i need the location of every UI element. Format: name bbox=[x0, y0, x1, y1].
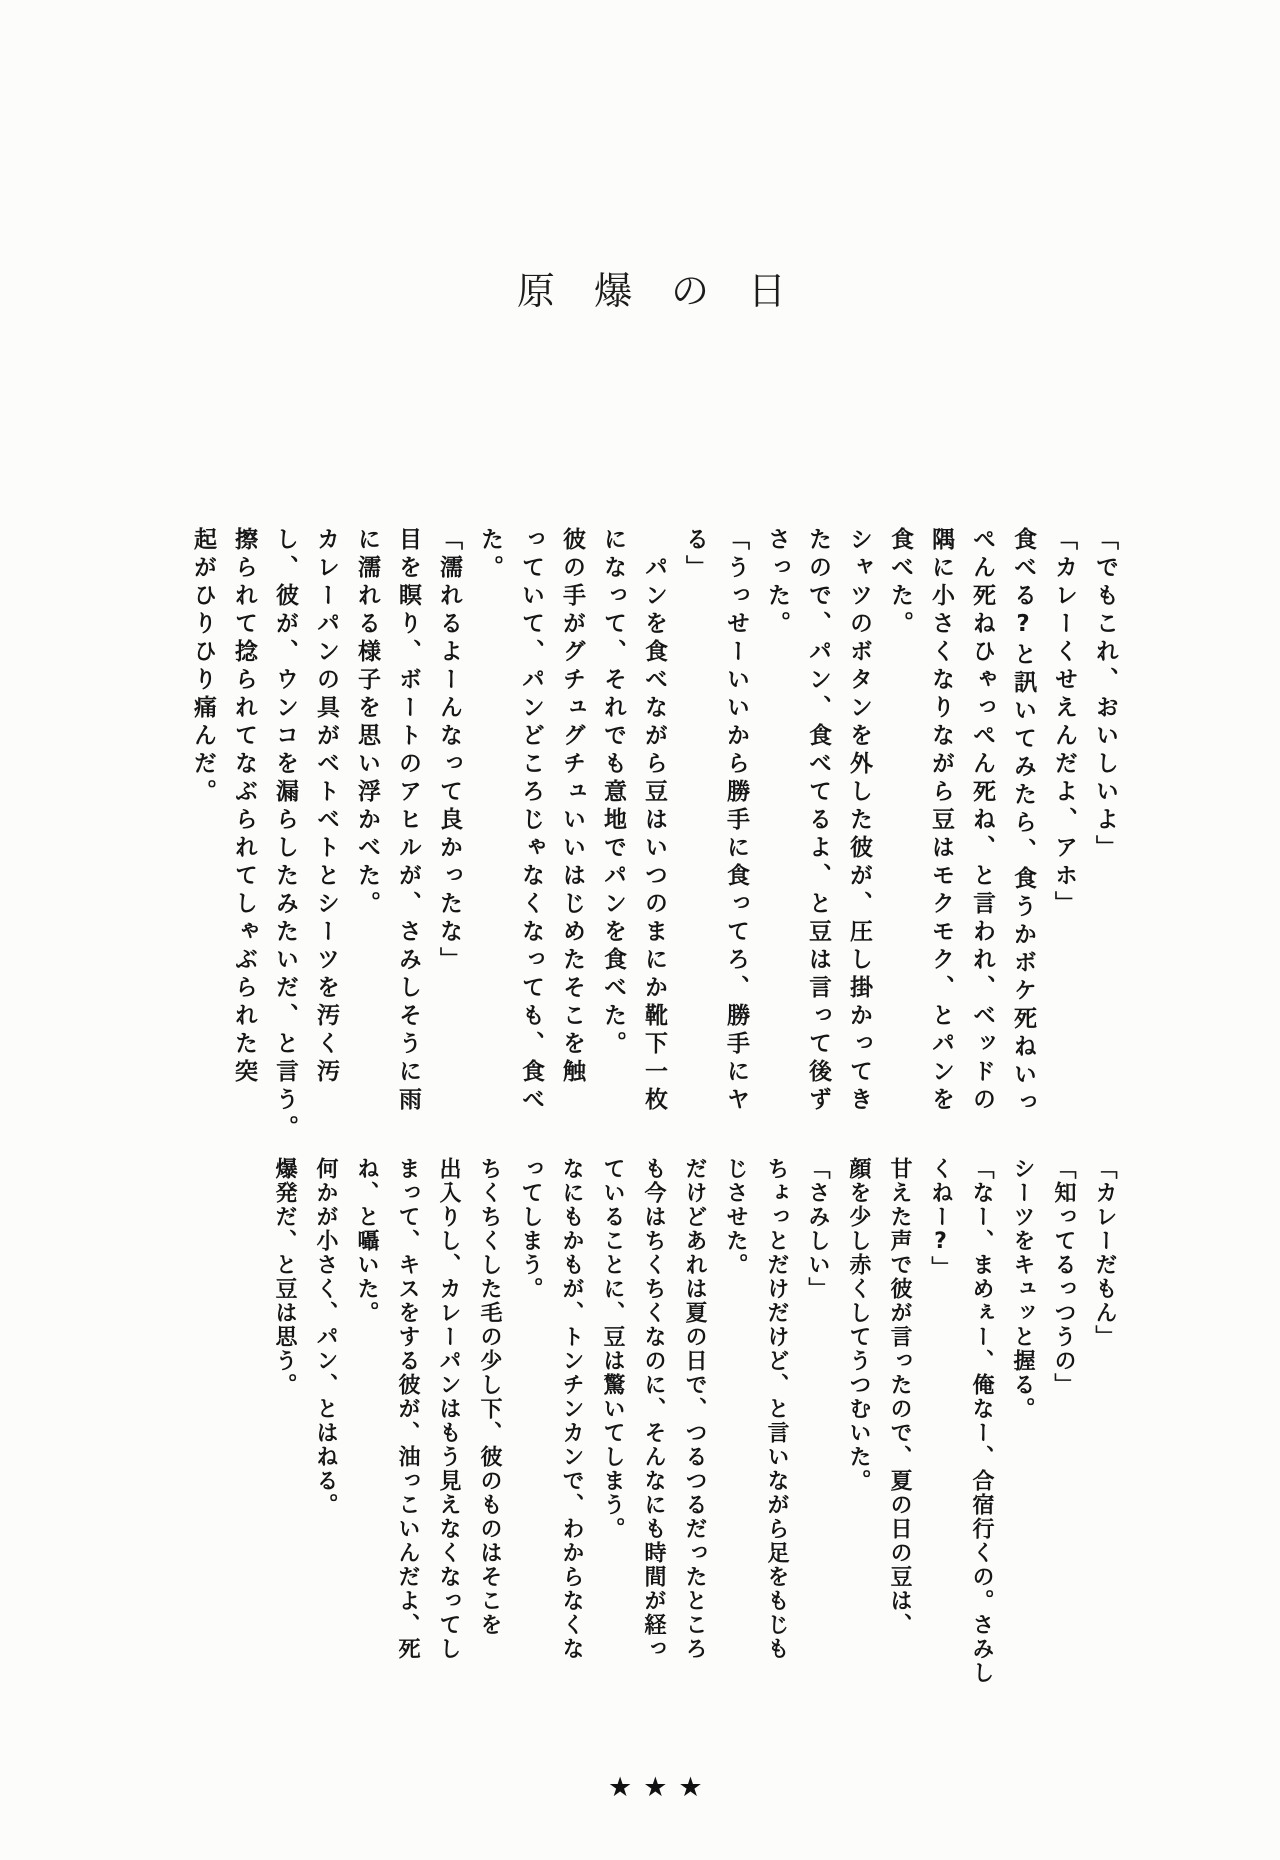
text-line: くねー?」 bbox=[920, 1157, 961, 1697]
text-line: まって、キスをする彼が、油っこいんだよ、死 bbox=[387, 1157, 428, 1697]
text-line: 「うっせーいいから勝手に食ってろ、勝手にヤ bbox=[715, 527, 756, 1127]
text-line: ていることに、豆は驚いてしまう。 bbox=[592, 1157, 633, 1697]
document-page: 原爆の日 「でもこれ、おいしいよ」「カレーくせえんだよ、アホ」食べる?と訊いてみ… bbox=[0, 0, 1280, 1860]
text-line: も今はちくちくなのに、そんなにも時間が経っ bbox=[633, 1157, 674, 1697]
text-line: し、彼が、ウンコを漏らしたみたいだ、と言う。 bbox=[264, 527, 305, 1127]
text-line: シャツのボタンを外した彼が、圧し掛かってき bbox=[838, 527, 879, 1127]
text-line: た。 bbox=[469, 527, 510, 1127]
text-line: 「でもこれ、おいしいよ」 bbox=[1084, 527, 1125, 1127]
text-line: 目を瞑り、ボートのアヒルが、さみしそうに雨 bbox=[387, 527, 428, 1127]
text-line: る」 bbox=[674, 527, 715, 1127]
text-line: に濡れる様子を思い浮かべた。 bbox=[346, 527, 387, 1127]
text-line: 出入りし、カレーパンはもう見えなくなってし bbox=[428, 1157, 469, 1697]
text-line: 食べた。 bbox=[879, 527, 920, 1127]
text-line: 「カレーくせえんだよ、アホ」 bbox=[1043, 527, 1084, 1127]
text-line: たので、パン、食べてるよ、と豆は言って後ず bbox=[797, 527, 838, 1127]
text-line: 爆発だ、と豆は思う。 bbox=[264, 1157, 305, 1697]
text-block-1: 「でもこれ、おいしいよ」「カレーくせえんだよ、アホ」食べる?と訊いてみたら、食う… bbox=[182, 527, 1125, 1127]
text-line: 「濡れるよーんなって良かったな」 bbox=[428, 527, 469, 1127]
text-line: ね、と囁いた。 bbox=[346, 1157, 387, 1697]
text-line: になって、それでも意地でパンを食べた。 bbox=[592, 527, 633, 1127]
text-line: 何かが小さく、パン、とはねる。 bbox=[305, 1157, 346, 1697]
text-line: 顔を少し赤くしてうつむいた。 bbox=[838, 1157, 879, 1697]
text-line: 擦られて捻られてなぶられてしゃぶられた突 bbox=[223, 527, 264, 1127]
text-line: っていて、パンどころじゃなくなっても、食べ bbox=[510, 527, 551, 1127]
footer-stars: ★★★ bbox=[608, 1772, 714, 1803]
text-line: シーツをキュッと握る。 bbox=[1002, 1157, 1043, 1697]
page-title: 原爆の日 bbox=[517, 260, 825, 315]
text-line: ちょっとだけだけど、と言いながら足をもじも bbox=[756, 1157, 797, 1697]
text-line: 「なー、まめぇー、俺なー、合宿行くの。さみし bbox=[961, 1157, 1002, 1697]
text-line: パンを食べながら豆はいつのまにか靴下一枚 bbox=[633, 527, 674, 1127]
text-line: 隅に小さくなりながら豆はモクモク、とパンを bbox=[920, 527, 961, 1127]
text-line: 「カレーだもん」 bbox=[1084, 1157, 1125, 1697]
text-line: さった。 bbox=[756, 527, 797, 1127]
text-line: カレーパンの具がベトベトとシーツを汚く汚 bbox=[305, 527, 346, 1127]
text-line: だけどあれは夏の日で、つるつるだったところ bbox=[674, 1157, 715, 1697]
text-line: じさせた。 bbox=[715, 1157, 756, 1697]
text-line: 起がひりひり痛んだ。 bbox=[182, 527, 223, 1127]
text-line: 「さみしい」 bbox=[797, 1157, 838, 1697]
text-line: 彼の手がグチュグチュいいはじめたそこを触 bbox=[551, 527, 592, 1127]
text-line: ちくちくした毛の少し下、彼のものはそこを bbox=[469, 1157, 510, 1697]
text-line: 食べる?と訊いてみたら、食うかボケ死ねいっ bbox=[1002, 527, 1043, 1127]
text-line: ぺん死ねひゃっぺん死ね、と言われ、ベッドの bbox=[961, 527, 1002, 1127]
text-line: 甘えた声で彼が言ったので、夏の日の豆は、 bbox=[879, 1157, 920, 1697]
text-block-2: 「カレーだもん」「知ってるっつうの」シーツをキュッと握る。「なー、まめぇー、俺な… bbox=[264, 1157, 1125, 1697]
text-line: なにもかもが、トンチンカンで、わからなくな bbox=[551, 1157, 592, 1697]
text-line: 「知ってるっつうの」 bbox=[1043, 1157, 1084, 1697]
text-line: ってしまう。 bbox=[510, 1157, 551, 1697]
